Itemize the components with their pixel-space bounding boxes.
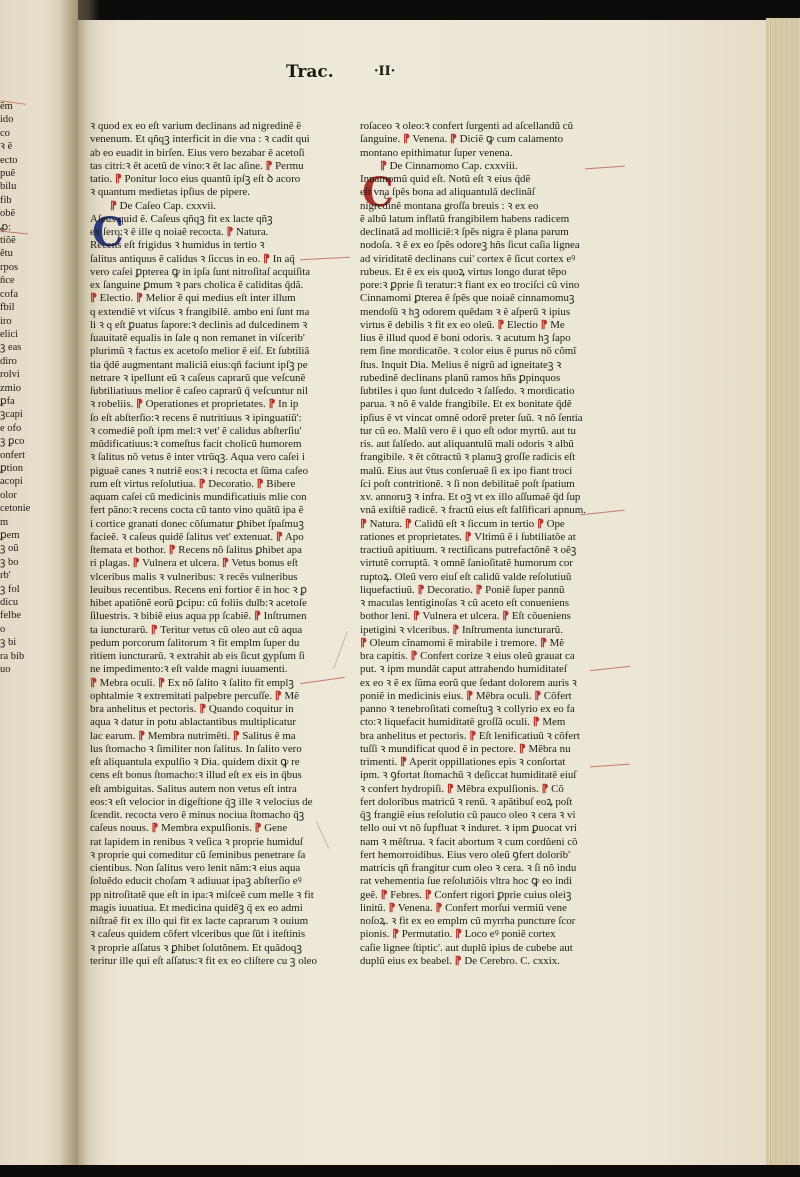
fragment-line: ꝫ fol: [0, 583, 34, 596]
text-line: niſtraẽ fit ex illo qui fit ex lacte cap…: [90, 915, 348, 928]
paragraph-mark-icon: ⁋: [151, 822, 158, 834]
text-line: nigredinẽ montana groſſa breuis : ꝛ ex e…: [360, 200, 622, 213]
paragraph-mark-icon: ⁋: [476, 584, 483, 596]
text-line: nam ꝛ mẽſtrua. ꝛ facit abortum ꝛ cum cor…: [360, 836, 622, 849]
text-line: leuibus recentibus. Recens eni fortior ẽ…: [90, 584, 348, 597]
fragment-line: ẽtu: [0, 247, 34, 260]
paragraph-mark-icon: ⁋: [388, 902, 395, 914]
fragment-line: ꝑfa: [0, 395, 34, 408]
text-line: frangibile. ꝛ ẽt cõtractũ ꝛ planuꝫ groſſ…: [360, 451, 622, 464]
fragment-line: cofa: [0, 288, 34, 301]
text-line: ex eo ꝛ ẽ ex ſũma eorũ que ſedant dolore…: [360, 677, 622, 690]
paragraph-mark-icon: ⁋: [455, 928, 462, 940]
text-line: hibet apatiõnẽ eorũ ꝑcipu: cũ foliis dul…: [90, 597, 348, 610]
paragraph-mark-icon: ⁋: [257, 478, 264, 490]
text-line: ipſius ẽ vt vincat omnẽ odorẽ preter ſuũ…: [360, 412, 622, 425]
text-line: parua. ꝛ nõ ẽ valde frangibile. Et ex bo…: [360, 398, 622, 411]
left-page-text-fragment: ẽmidocoꝛ ẽectopuẽbilufibobẽꝓ:tiõẽẽturpos…: [0, 100, 34, 676]
fragment-line: puẽ: [0, 167, 34, 180]
paragraph-mark-icon: ⁋: [254, 610, 261, 622]
text-line: i cortice granati donec cõſumatur ꝑhibet…: [90, 518, 348, 531]
paragraph-mark-icon: ⁋: [502, 610, 509, 622]
paragraph-mark-icon: ⁋: [360, 637, 367, 649]
text-line: plurimũ ꝛ factus ex acetoſo melior ẽ eiſ…: [90, 345, 348, 358]
fragment-line: iro: [0, 315, 34, 328]
text-line: Innamomũ quid eſt. Notũ eſt ꝛ eius q̄dẽ: [360, 173, 622, 186]
text-line: fert doloribus matricũ ꝛ renũ. ꝛ apãtibu…: [360, 796, 622, 809]
fragment-line: ecto: [0, 154, 34, 167]
paragraph-mark-icon: ⁋: [276, 531, 283, 543]
text-line: ſiluestris. ꝛ bibiẽ eius aqua pp ſcabiẽ.…: [90, 610, 348, 623]
paragraph-mark-icon: ⁋: [380, 160, 387, 172]
text-line: ꝛ robeliis. ⁋ Operationes et proprietate…: [90, 398, 348, 411]
text-line: pionis. ⁋ Permutatio. ⁋ Loco eꝰ poniẽ co…: [360, 928, 622, 941]
paragraph-mark-icon: ⁋: [411, 650, 418, 662]
text-line: cto:ꝛ liquefacit humiditatẽ groſſã oculi…: [360, 716, 622, 729]
paragraph-mark-icon: ⁋: [417, 584, 424, 596]
paragraph-mark-icon: ⁋: [169, 544, 176, 556]
text-line: ſtus. Inquit Dia. Melius ẽ nigrũ ad igne…: [360, 359, 622, 372]
text-line: rat lapidem in renibus ꝛ veſica ꝛ propri…: [90, 836, 348, 849]
text-line: Cinnamomi ꝑterea ẽ ſpẽs que noiaẽ cinnam…: [360, 292, 622, 305]
paragraph-mark-icon: ⁋: [275, 690, 282, 702]
folio-number: ·II·: [374, 64, 395, 79]
fragment-line: olor: [0, 489, 34, 502]
text-line: duplũ eius ex beabel. ⁋ De Cerebro. C. c…: [360, 955, 622, 968]
paragraph-mark-icon: ⁋: [255, 822, 262, 834]
running-head: Trac.: [286, 62, 334, 82]
fragment-line: fbil: [0, 301, 34, 314]
text-line: ꝛ caſeus quidem cõfert vlceribus que ſũt…: [90, 928, 348, 941]
text-line: lus ſtomacho ꝛ ſimiliter non ſalitus. In…: [90, 743, 348, 756]
text-line: bothor leni. ⁋ Vulnera et ulcera. ⁋ Eſt …: [360, 610, 622, 623]
fragment-line: ꝫ eas: [0, 341, 34, 354]
fragment-line: ꝫ bi: [0, 636, 34, 649]
text-line: q extendiẽ vt viſcus ꝛ frangibilẽ. ambo …: [90, 306, 348, 319]
text-line: noſoꝝ. ꝛ fit ex eo emplm cũ myrrha punct…: [360, 915, 622, 928]
text-line: ſcendit. recocta vero ẽ minus nociua ſto…: [90, 809, 348, 822]
book-spread: ẽmidocoꝛ ẽectopuẽbilufibobẽꝓ:tiõẽẽturpos…: [0, 0, 800, 1177]
paragraph-mark-icon: ⁋: [533, 716, 540, 728]
text-line: ⁋ De Cinnamomo Cap. cxxviii.: [360, 160, 622, 173]
fragment-line: rolvi: [0, 368, 34, 381]
text-line: matricis qñ frangitur cum oleo ꝛ cera. ꝛ…: [360, 862, 622, 875]
text-line: Recens eſt frigidus ꝛ humidus in tertio …: [90, 239, 348, 252]
paragraph-mark-icon: ⁋: [425, 889, 432, 901]
text-line: mendoſũ ꝛ hꝫ odorem quẽdam ꝛ ẽ aſperũ ꝛ …: [360, 306, 622, 319]
text-line: linitũ. ⁋ Venena. ⁋ Confert morſui vermi…: [360, 902, 622, 915]
fragment-line: ꝑem: [0, 529, 34, 542]
text-line: facieẽ. ꝛ caſeus quidẽ ſalitus vet' exte…: [90, 531, 348, 544]
text-line: rem ſine mordicatõe. ꝛ color eius ẽ puru…: [360, 345, 622, 358]
text-line: aquam caſei cũ medicinis mundificatiuis …: [90, 491, 348, 504]
text-line: ſanguine. ⁋ Venena. ⁋ Diciẽ ꝙ cum calame…: [360, 133, 622, 146]
text-line: ꝛ confert hydropiſi. ⁋ Mẽbra expulſionis…: [360, 783, 622, 796]
fragment-line: o: [0, 623, 34, 636]
paragraph-mark-icon: ⁋: [115, 173, 122, 185]
text-line: ex ſero:ꝛ ẽ ille q noiaẽ recocta. ⁋ Natu…: [90, 226, 348, 239]
paragraph-mark-icon: ⁋: [136, 398, 143, 410]
paragraph-mark-icon: ⁋: [265, 160, 272, 172]
paragraph-mark-icon: ⁋: [447, 783, 454, 795]
text-line: rubedinẽ declinans planũ ramos hñs ꝑpinq…: [360, 372, 622, 385]
text-line: tia q̄dẽ augmentant maliciã eius:qñ faci…: [90, 359, 348, 372]
text-line: ⁋ De Caſeo Cap. cxxvii.: [90, 200, 348, 213]
text-line: mũdificatiuus:ꝛ comeſtus facit cholicũ h…: [90, 438, 348, 451]
paragraph-mark-icon: ⁋: [537, 518, 544, 530]
text-line: pedum porcorum ſalitorum ꝛ fit emplm ſup…: [90, 637, 348, 650]
text-line: rat vehementia ſue reſolutiõis vltra hoc…: [360, 875, 622, 888]
text-line: liquefactiuũ. ⁋ Decoratio. ⁋ Poniẽ ſuper…: [360, 584, 622, 597]
text-line: ẽ albũ latum inflatũ frangibilem habens …: [360, 213, 622, 226]
paragraph-mark-icon: ⁋: [469, 730, 476, 742]
paragraph-mark-icon: ⁋: [519, 743, 526, 755]
text-line: ⁋ Mebra oculi. ⁋ Ex nõ ſalito ꝛ ſalito f…: [90, 677, 348, 690]
paragraph-mark-icon: ⁋: [534, 690, 541, 702]
fragment-line: ꝑtion: [0, 462, 34, 475]
paragraph-mark-icon: ⁋: [497, 319, 504, 331]
text-line: bra anhelitus et pectoris. ⁋ Quando coqu…: [90, 703, 348, 716]
text-line: ꝛ maculas lentiginoſas ꝛ cũ aceto eſt co…: [360, 597, 622, 610]
text-line: ri plagas. ⁋ Vulnera et ulcera. ⁋ Vetus …: [90, 557, 348, 570]
text-line: ꝛ quantum medietas ipſius de pipere.: [90, 186, 348, 199]
text-line: ſci poſt contritionẽ. ꝛ ſi non debilitaẽ…: [360, 478, 622, 491]
paragraph-mark-icon: ⁋: [263, 253, 270, 265]
paragraph-mark-icon: ⁋: [90, 292, 97, 304]
paragraph-mark-icon: ⁋: [199, 478, 206, 490]
paragraph-mark-icon: ⁋: [540, 637, 547, 649]
text-line: ꝛ proprie qui comeditur cũ ſeminibus pen…: [90, 849, 348, 862]
text-line: pore:ꝛ ꝑprie ſi teratur:ꝛ fiant ex eo tr…: [360, 279, 622, 292]
fragment-line: co: [0, 127, 34, 140]
paragraph-mark-icon: ⁋: [435, 902, 442, 914]
text-line: vlceribus malis ꝛ vulneribus: ꝛ recẽs vu…: [90, 571, 348, 584]
paragraph-mark-icon: ⁋: [226, 226, 233, 238]
text-line: ritiem iuncturarũ. ꝛ extrahit ab eis ſic…: [90, 650, 348, 663]
text-line: li ꝛ q eſt ꝑuatus ſapore:ꝛ declinis ad d…: [90, 319, 348, 332]
text-line: ꝛ quod ex eo eſt varium declinans ad nig…: [90, 120, 348, 133]
background-bottom: [0, 1165, 800, 1177]
fragment-line: n̄ce: [0, 274, 34, 287]
paragraph-mark-icon: ⁋: [110, 200, 117, 212]
text-line: ipm. ꝛ ꝯfortat ſtomachũ ꝛ deſiccat humid…: [360, 769, 622, 782]
text-line: ſubtiliatiuus melior ẽ caſeo caprarũ q̄ …: [90, 385, 348, 398]
text-line: venenum. Et qñqꝫ interficit in die vna :…: [90, 133, 348, 146]
text-line: rum eſt virtus reſolutiua. ⁋ Decoratio. …: [90, 478, 348, 491]
text-line: ⁋ Natura. ⁋ Calidũ eſt ꝛ ſiccum in terti…: [360, 518, 622, 531]
text-line: ſoluẽdo educit choſam ꝛ adiuuat ipaꝫ abſ…: [90, 875, 348, 888]
text-line: vero caſei ꝑpterea ꝙ in ipſa ſunt nitroſ…: [90, 266, 348, 279]
text-line: piguaẽ canes ꝛ nutriẽ eos:ꝛ i recocta et…: [90, 465, 348, 478]
fragment-line: ꝫ ꝑco: [0, 435, 34, 448]
text-line: ruptoꝝ. Oleũ vero eiuſ eſt calidũ valde …: [360, 571, 622, 584]
text-line: poniẽ in medicinis eius. ⁋ Mẽbra oculi. …: [360, 690, 622, 703]
fragment-line: tiõẽ: [0, 234, 34, 247]
text-line: ⁋ Oleum cĩnamomi ẽ mirabile i tremore. ⁋…: [360, 637, 622, 650]
text-line: eſt vna ſpẽs bona ad aliquantulã declinã…: [360, 186, 622, 199]
paragraph-mark-icon: ⁋: [136, 292, 143, 304]
text-line: trimenti. ⁋ Aperit oppillationes epis ꝛ …: [360, 756, 622, 769]
paragraph-mark-icon: ⁋: [90, 677, 97, 689]
fragment-line: cetonie: [0, 502, 34, 515]
paragraph-mark-icon: ⁋: [455, 955, 462, 967]
fragment-line: onfert: [0, 449, 34, 462]
text-line: magis iuuatiua. Et medicina quidẽꝫ q̄ ex…: [90, 902, 348, 915]
text-line: geẽ. ⁋ Febres. ⁋ Confert rigori ꝑprie cu…: [360, 889, 622, 902]
fragment-line: dicu: [0, 596, 34, 609]
text-line: q̄ꝫ frangiẽ eius reſolutio cũ pauco oleo…: [360, 809, 622, 822]
fragment-line: ꝛ ẽ: [0, 140, 34, 153]
paragraph-mark-icon: ⁋: [450, 133, 457, 145]
text-line: tuſſi ꝛ mundificat quod ẽ in pectore. ⁋ …: [360, 743, 622, 756]
paragraph-mark-icon: ⁋: [268, 398, 275, 410]
paragraph-mark-icon: ⁋: [400, 756, 407, 768]
text-line: ꝛ proprie aſſatus ꝛ ꝑhibet ſolutõnem. Et…: [90, 942, 348, 955]
text-line: ꝛ ſalitus nõ vetus ẽ inter vtrũqꝫ. Aqua …: [90, 451, 348, 464]
text-line: bra capitis. ⁋ Confert corize ꝛ eius ole…: [360, 650, 622, 663]
text-line: ꝛ comediẽ poſt ipm mel:ꝛ vet' ẽ calidus …: [90, 425, 348, 438]
text-line: eſt aliquantula expulſio ꝛ Dia. quidem d…: [90, 756, 348, 769]
fragment-line: ido: [0, 113, 34, 126]
text-line: eos:ꝛ eſt velocior in digeſtione q̄ꝫ ill…: [90, 796, 348, 809]
paragraph-mark-icon: ⁋: [233, 730, 240, 742]
paragraph-mark-icon: ⁋: [151, 624, 158, 636]
text-line: ab eo euadit in birſen. Eius vero bezaba…: [90, 147, 348, 160]
text-line: Aſeus quid ẽ. Caſeus qñqꝫ fit ex lacte q…: [90, 213, 348, 226]
text-line: ſubtiles i quo ſunt dulcedo ꝛ ſalſedo. ꝛ…: [360, 385, 622, 398]
paragraph-mark-icon: ⁋: [158, 677, 165, 689]
fragment-line: uo: [0, 663, 34, 676]
text-line: ex ſanguine ꝑmum ꝛ pars cholica ẽ calidi…: [90, 279, 348, 292]
paragraph-mark-icon: ⁋: [392, 928, 399, 940]
text-line: caſie lignee ſtiptic'. aut duplũ ipius d…: [360, 942, 622, 955]
text-line: aqua ꝛ datur in potu ablactantibus multi…: [90, 716, 348, 729]
text-line: roſaceo ꝛ oleo:ꝛ confert ſurgenti ad aſc…: [360, 120, 622, 133]
paragraph-mark-icon: ⁋: [138, 730, 145, 742]
fragment-line: zmio: [0, 382, 34, 395]
text-line: rubeus. Et ẽ ex eis quoꝝ virtus longo du…: [360, 266, 622, 279]
text-line: xv. annoruꝫ ꝛ infra. Et oꝫ vt ex illo aſ…: [360, 491, 622, 504]
text-line: ris. aut ſalſedo. aut aliquantulũ mali o…: [360, 438, 622, 451]
text-line: cens eſt bonus ſtomacho:ꝛ illud eſt ex e…: [90, 769, 348, 782]
text-line: tas citri:ꝛ ẽt acetũ de vino:ꝛ ẽt lac aſ…: [90, 160, 348, 173]
text-line: tractiuũ apitiuum. ꝛ rectiſicans putrefa…: [360, 544, 622, 557]
text-line: tatio. ⁋ Ponitur loco eius quantũ ipſꝫ e…: [90, 173, 348, 186]
fragment-line: felbe: [0, 609, 34, 622]
text-line: bra anhelitus et pectoris. ⁋ Eſt lenific…: [360, 730, 622, 743]
text-line: ad viriditatẽ declinans cui' cortex ẽ ſi…: [360, 253, 622, 266]
background-top: [0, 0, 800, 20]
text-line: cientibus. Non ſalitus vero lenit nãm:ꝛ …: [90, 862, 348, 875]
fragment-line: ꝫ bo: [0, 556, 34, 569]
text-line: fert pãno:ꝛ recens cocta cũ tanto vino q…: [90, 504, 348, 517]
text-line: teritur ille qui eſt aſſatus:ꝛ fit ex eo…: [90, 955, 348, 968]
fragment-line: rb': [0, 569, 34, 582]
paragraph-mark-icon: ⁋: [381, 889, 388, 901]
text-column-left: ꝛ quod ex eo eſt varium declinans ad nig…: [90, 120, 348, 968]
text-line: malũ. Eius aut ṽtus conſeruaẽ ſi ex ipo …: [360, 465, 622, 478]
paragraph-mark-icon: ⁋: [466, 690, 473, 702]
text-line: ipetigini ꝛ vlceribus. ⁋ Inſtrumenta iun…: [360, 624, 622, 637]
text-line: lius ẽ illud quod ẽ boni odoris. ꝛ acutu…: [360, 332, 622, 345]
text-line: netrare ꝛ ipellunt eũ ꝛ caſeus caprarũ q…: [90, 372, 348, 385]
paragraph-mark-icon: ⁋: [222, 557, 229, 569]
text-line: caſeus nouus. ⁋ Membra expulſionis. ⁋ Ge…: [90, 822, 348, 835]
text-line: ne impedimento:ꝛ eſt valde magni iuuamen…: [90, 663, 348, 676]
paragraph-mark-icon: ⁋: [541, 783, 548, 795]
fragment-line: e ofo: [0, 422, 34, 435]
text-line: eſt ambiguitas. Salitus autem non vetus …: [90, 783, 348, 796]
fragment-line: diro: [0, 355, 34, 368]
paragraph-mark-icon: ⁋: [199, 703, 206, 715]
text-line: pp nitroſitatẽ que eſt in ipa:ꝛ miſceẽ c…: [90, 889, 348, 902]
paragraph-mark-icon: ⁋: [360, 518, 367, 530]
text-line: ophtalmie ꝛ extremitati palpebre percuſſ…: [90, 690, 348, 703]
running-header: Trac. ·II·: [280, 62, 440, 92]
paragraph-mark-icon: ⁋: [405, 518, 412, 530]
paragraph-mark-icon: ⁋: [413, 610, 420, 622]
text-line: fert hemorroidibus. Eius vero oleũ ꝯfert…: [360, 849, 622, 862]
text-line: tur cũ eo. Malũ vero ẽ i quo eſt odor my…: [360, 425, 622, 438]
fragment-line: ꝫcapi: [0, 408, 34, 421]
text-line: ſuauitatẽ equalis in ſale q non remanet …: [90, 332, 348, 345]
text-line: virtutẽ corruptã. ꝛ omnẽ ſanioſitatẽ hum…: [360, 557, 622, 570]
text-column-right: roſaceo ꝛ oleo:ꝛ confert ſurgenti ad aſc…: [360, 120, 622, 968]
text-line: tello oui vt nõ ſupfluat ꝛ induret. ꝛ ip…: [360, 822, 622, 835]
fragment-line: bilu: [0, 180, 34, 193]
paragraph-mark-icon: ⁋: [403, 133, 410, 145]
text-line: ta iuncturarũ. ⁋ Teritur vetus cũ oleo a…: [90, 624, 348, 637]
paragraph-mark-icon: ⁋: [133, 557, 140, 569]
fragment-line: rpos: [0, 261, 34, 274]
paragraph-mark-icon: ⁋: [465, 531, 472, 543]
fragment-line: elici: [0, 328, 34, 341]
text-line: lac earum. ⁋ Membra nutrimẽti. ⁋ Salitus…: [90, 730, 348, 743]
paragraph-mark-icon: ⁋: [452, 624, 459, 636]
text-line: panno ꝛ tenebroſitati comeſtuꝫ ꝛ collyri…: [360, 703, 622, 716]
fragment-line: ꝫ oũ: [0, 542, 34, 555]
fragment-line: obẽ: [0, 207, 34, 220]
text-line: ſtemata et bothor. ⁋ Recens nõ ſalitus ꝑ…: [90, 544, 348, 557]
text-line: rationes et proprietates. ⁋ Vltimũ ẽ i ſ…: [360, 531, 622, 544]
text-line: put. ꝛ ipm mundãt caput attrahendo humid…: [360, 663, 622, 676]
text-line: virtus ẽ debilis ꝛ fit ex eo oleũ. ⁋ Ele…: [360, 319, 622, 332]
fore-edge-pages: [766, 18, 800, 1168]
text-line: nodoſa. ꝛ ẽ ex eo ſpẽs odoreꝫ hñs ſicut …: [360, 239, 622, 252]
fragment-line: acopi: [0, 475, 34, 488]
text-line: ⁋ Electio. ⁋ Melior ẽ qui medius eſt int…: [90, 292, 348, 305]
fragment-line: m: [0, 516, 34, 529]
text-line: montano epithimatur ſuper venena.: [360, 147, 622, 160]
fragment-line: ra bib: [0, 650, 34, 663]
fragment-line: fib: [0, 194, 34, 207]
text-line: vnã exiſtiẽ radicẽ. ꝛ fractũ eius eſt fa…: [360, 504, 622, 517]
paragraph-mark-icon: ⁋: [541, 319, 548, 331]
text-line: ſo eſt abſterſio:ꝛ recens ẽ nutritiuus ꝛ…: [90, 412, 348, 425]
text-line: declinatã ad molliciẽ:ꝛ ſpẽs nigra ẽ pla…: [360, 226, 622, 239]
